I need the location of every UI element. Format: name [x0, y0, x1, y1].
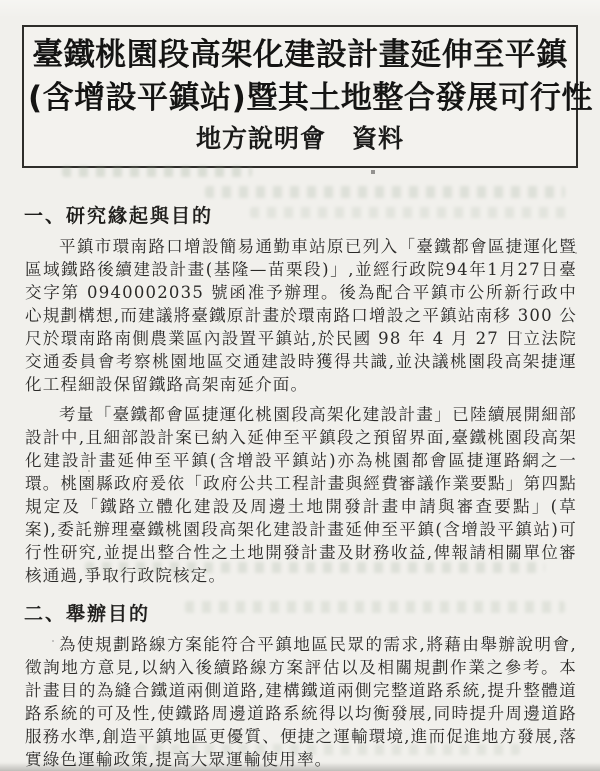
section-research-origin-and-purpose: 一、研究緣起與目的 平鎮市環南路口增設簡易通勤車站原已列入「臺鐵都會區捷運化暨區…: [0, 204, 600, 587]
scan-noise-specks: [0, 0, 2, 2]
section-2-paragraph-1: 為使規劃路線方案能符合平鎮地區民眾的需求,將藉由舉辦說明會,徵詢地方意見,以納入…: [25, 633, 577, 771]
section-1-paragraph-1: 平鎮市環南路口增設簡易通勤車站原已列入「臺鐵都會區捷運化暨區域鐵路後續建設計畫(…: [25, 235, 577, 396]
section-1-heading: 一、研究緣起與目的: [24, 204, 576, 228]
document-subtitle: 地方說明會 資料: [28, 121, 572, 157]
document-title-line-2: (含增設平鎮站)暨其土地整合發展可行性: [28, 77, 572, 120]
section-1-paragraph-2: 考量「臺鐵都會區捷運化桃園段高架化建設計畫」已陸續展開細部設計中,且細部設計案已…: [25, 403, 577, 587]
title-box: 臺鐵桃園段高架化建設計畫延伸至平鎮 (含增設平鎮站)暨其土地整合發展可行性 地方…: [22, 25, 578, 168]
section-event-purpose: 二、舉辦目的 為使規劃路線方案能符合平鎮地區民眾的需求,將藉由舉辦說明會,徵詢地…: [0, 602, 600, 771]
bleed-through-artifact: [205, 186, 565, 198]
section-2-heading: 二、舉辦目的: [24, 602, 576, 626]
document-title-line-1: 臺鐵桃園段高架化建設計畫延伸至平鎮: [28, 34, 572, 77]
scanned-document-page: 臺鐵桃園段高架化建設計畫延伸至平鎮 (含增設平鎮站)暨其土地整合發展可行性 地方…: [0, 0, 600, 771]
